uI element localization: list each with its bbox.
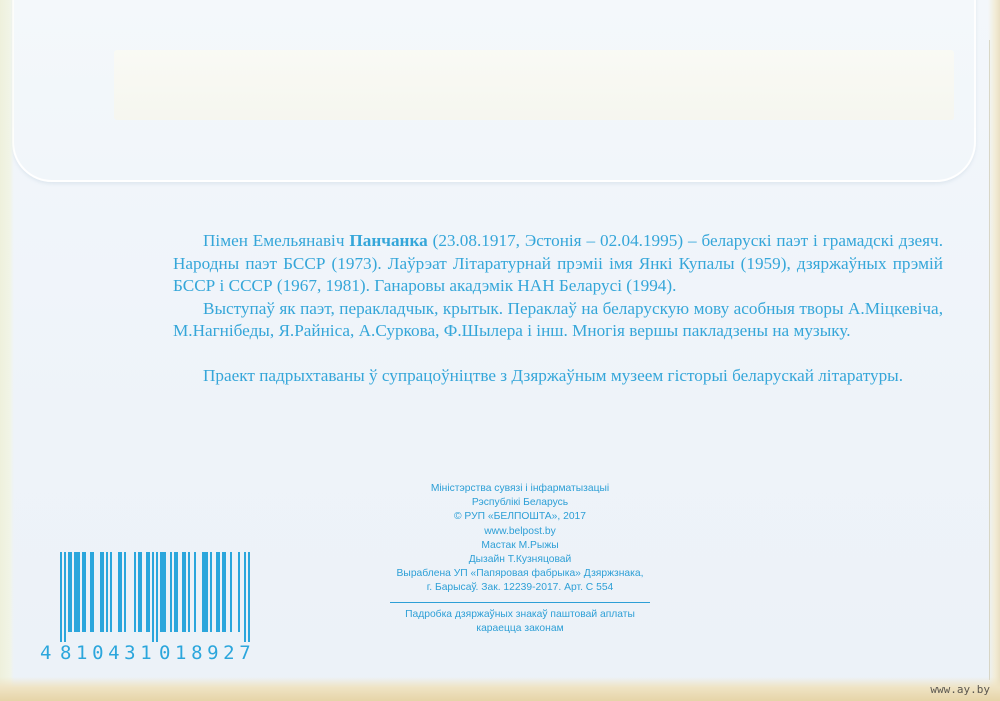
publisher-imprint: Міністэрства сувязі і інфарматызацыі Рэс… <box>390 482 650 637</box>
legal-notice: караецца законам <box>390 622 650 636</box>
imprint-line: Дызайн Т.Кузняцовай <box>390 553 650 567</box>
imprint-line: Выраблена УП «Папяровая фабрыка» Дзяржзн… <box>390 567 650 581</box>
barcode-digits-left: 810431 <box>60 642 156 664</box>
imprint-line: © РУП «БЕЛПОШТА», 2017 <box>390 510 650 524</box>
imprint-line: Міністэрства сувязі і інфарматызацыі <box>390 482 650 496</box>
barcode: 4 810431 018927 <box>40 552 270 670</box>
barcode-digit-first: 4 <box>40 642 51 664</box>
imprint-line: Мастак М.Рыжы <box>390 539 650 553</box>
biography-paragraph: Праект падрыхтаваны ў супрацоўніцтве з Д… <box>173 365 943 388</box>
imprint-line: Рэспублікі Беларусь <box>390 496 650 510</box>
watermark: www.ay.by <box>930 683 990 696</box>
legal-notice: Падробка дзяржаўных знакаў паштовай апла… <box>390 608 650 622</box>
flap-glue-strip <box>114 50 954 120</box>
barcode-digits-right: 018927 <box>159 642 255 664</box>
envelope-right-fold <box>989 40 990 680</box>
imprint-line: г. Барысаў. Зак. 12239-2017. Арт. С 554 <box>390 581 650 595</box>
biography-text: Пімен Емельянавіч Панчанка (23.08.1917, … <box>173 230 943 387</box>
envelope-back: Пімен Емельянавіч Панчанка (23.08.1917, … <box>0 0 1000 701</box>
scan-bottom-edge <box>0 677 1000 701</box>
biography-paragraph: Выступаў як паэт, перакладчык, крытык. П… <box>173 298 943 343</box>
barcode-bars <box>40 552 270 642</box>
envelope-flap <box>12 0 976 182</box>
imprint-link: www.belpost.by <box>390 525 650 539</box>
barcode-number: 4 810431 018927 <box>40 642 270 668</box>
imprint-divider <box>390 602 650 604</box>
biography-paragraph: Пімен Емельянавіч Панчанка (23.08.1917, … <box>173 230 943 298</box>
envelope-left-edge <box>0 0 14 701</box>
